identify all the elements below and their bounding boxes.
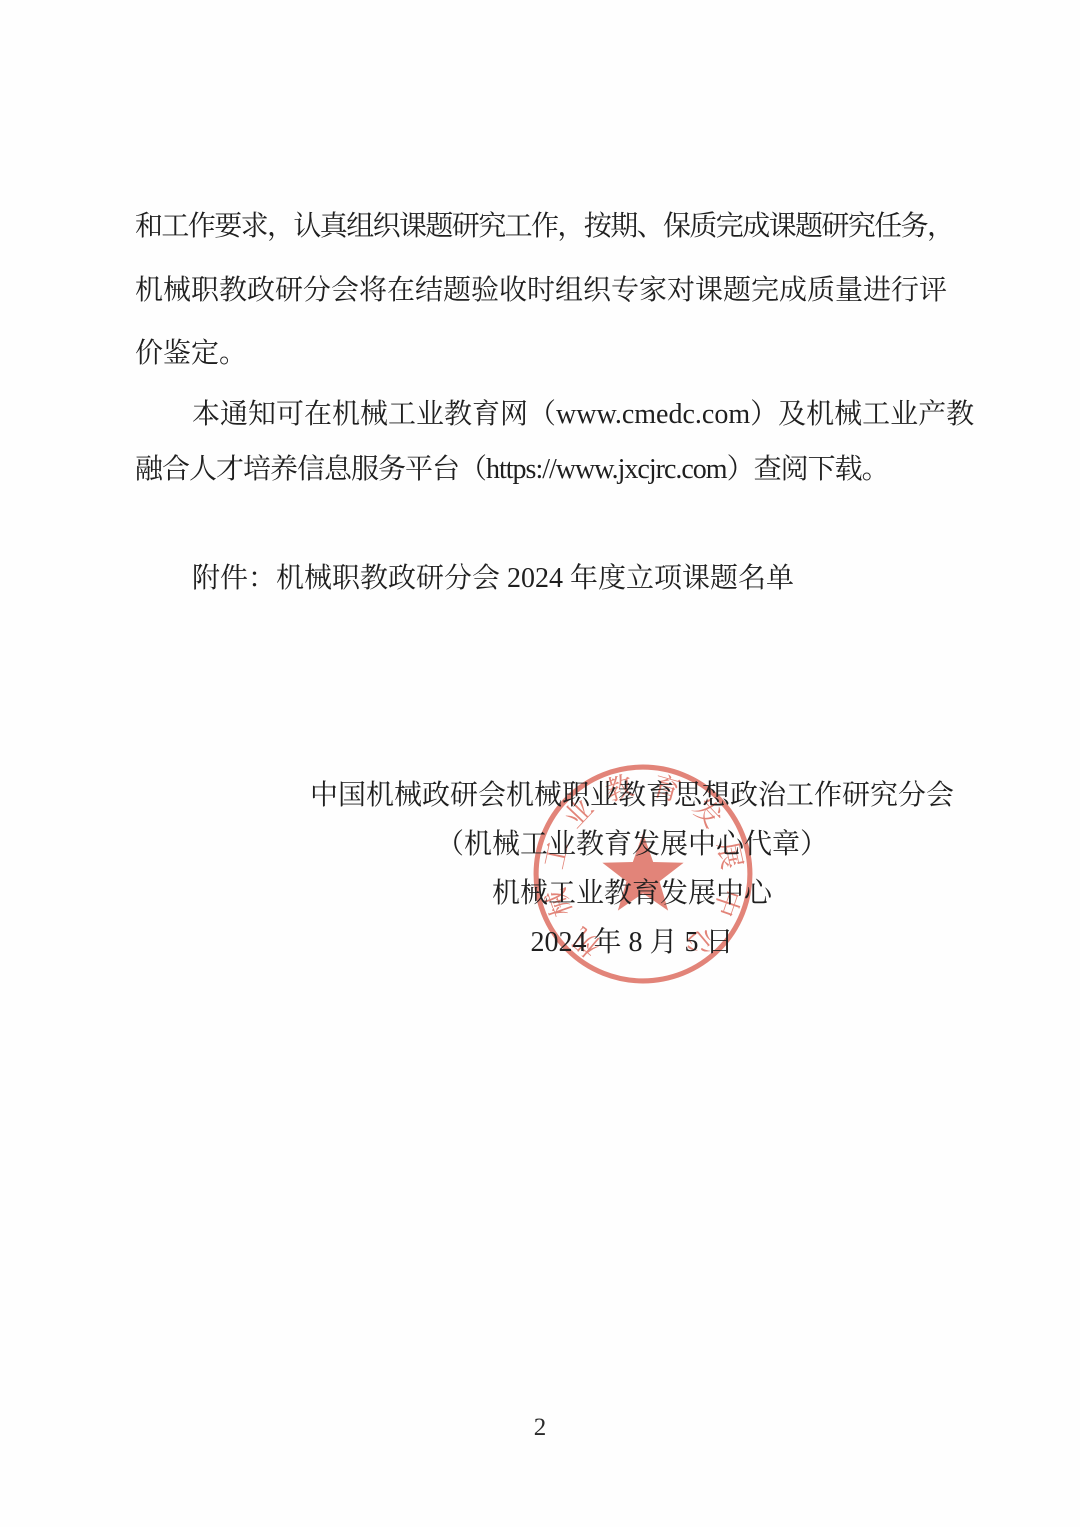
signature-date: 2024 年 8 月 5 日 (302, 918, 962, 967)
page-number: 2 (0, 1414, 1080, 1442)
body-line: 机械职教政研分会将在结题验收时组织专家对课题完成质量进行评 (135, 274, 947, 308)
body-line: 价鉴定。 (135, 337, 247, 371)
body-line: 融合人才培养信息服务平台（https://www.jxcjrc.com）查阅下载… (135, 453, 889, 487)
signature-issuer-name: 机械工业教育发展中心 (302, 869, 962, 918)
signature-org-name: 中国机械政研会机械职业教育思想政治工作研究分会 (302, 771, 962, 820)
signature-proxy-note: （机械工业教育发展中心代章） (302, 820, 962, 869)
attachment-line: 附件：机械职教政研分会 2024 年度立项课题名单 (192, 562, 794, 596)
document-page: 机械工业教育发展中心 和工作要求，认真组织课题研究工作，按期、保质完成课题研究任… (0, 0, 1080, 1527)
signature-block: 中国机械政研会机械职业教育思想政治工作研究分会 （机械工业教育发展中心代章） 机… (302, 771, 962, 967)
body-line: 和工作要求，认真组织课题研究工作，按期、保质完成课题研究任务， (135, 210, 953, 244)
body-line: 本通知可在机械工业教育网（www.cmedc.com）及机械工业产教 (192, 398, 974, 432)
